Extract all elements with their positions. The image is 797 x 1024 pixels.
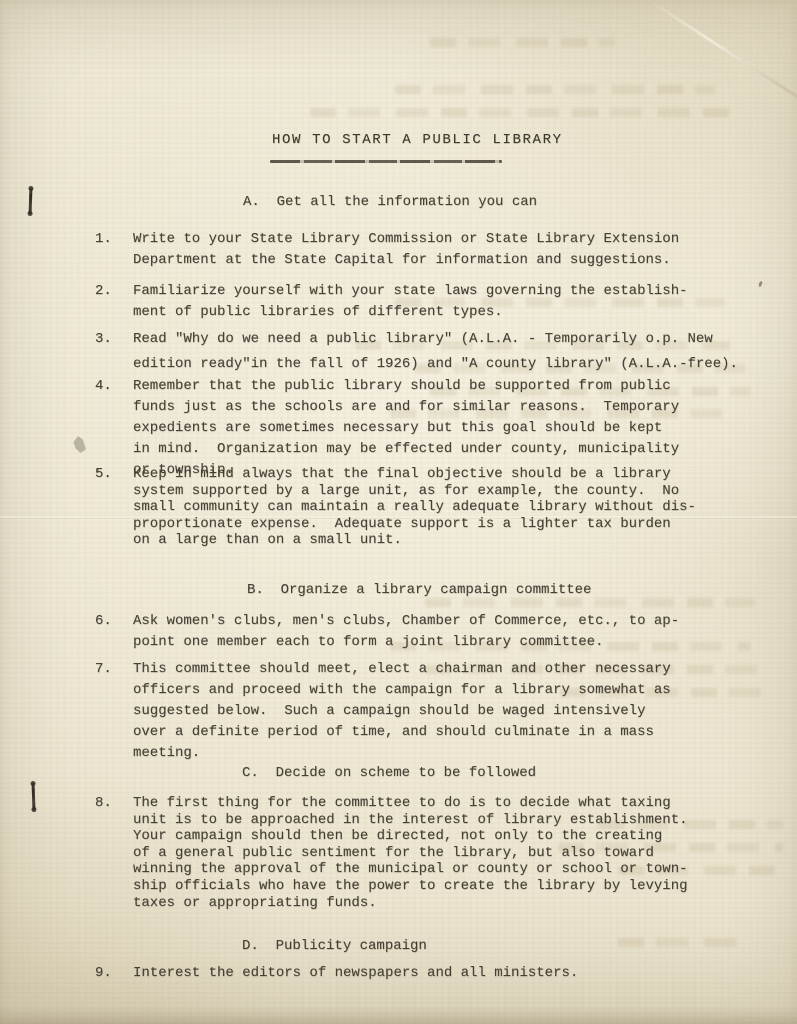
item-text: Read "Why do we need a public library" (…: [133, 327, 738, 377]
list-item: 1. Write to your State Library Commissio…: [95, 229, 679, 271]
bleed-through-mark: [618, 938, 748, 947]
corner-crease: [646, 0, 797, 137]
document-title: HOW TO START A PUBLIC LIBRARY: [272, 130, 563, 151]
section-heading-a: A. Get all the information you can: [243, 192, 537, 213]
page-edge-shadow: [0, 1006, 797, 1024]
bleed-through-mark: [310, 108, 740, 117]
smudge-mark: [72, 436, 86, 453]
list-item: 2. Familiarize yourself with your state …: [95, 281, 688, 323]
section-heading-d: D. Publicity campaign: [242, 936, 427, 957]
list-item: 9. Interest the editors of newspapers an…: [95, 963, 578, 984]
list-item: 3. Read "Why do we need a public library…: [95, 327, 738, 377]
section-heading-c: C. Decide on scheme to be followed: [242, 763, 536, 784]
item-text: Ask women's clubs, men's clubs, Chamber …: [133, 611, 679, 653]
item-text: Familiarize yourself with your state law…: [133, 281, 688, 323]
title-underline: [270, 160, 502, 163]
item-number: 2.: [95, 281, 133, 302]
item-number: 1.: [95, 229, 133, 250]
list-item: 5. Keep in mind always that the final ob…: [95, 466, 696, 549]
bleed-through-mark: [395, 85, 715, 94]
item-text: The first thing for the committee to do …: [133, 795, 688, 911]
section-heading-b: B. Organize a library campaign committee: [247, 580, 591, 601]
item-number: 3.: [95, 327, 133, 352]
item-number: 9.: [95, 963, 133, 984]
item-number: 4.: [95, 376, 133, 397]
item-text: Interest the editors of newspapers and a…: [133, 963, 578, 984]
ink-speck: [758, 281, 763, 288]
bleed-through-mark: [430, 38, 615, 47]
list-item: 6. Ask women's clubs, men's clubs, Chamb…: [95, 611, 679, 653]
item-text: Write to your State Library Commission o…: [133, 229, 679, 271]
item-number: 6.: [95, 611, 133, 632]
item-text: This committee should meet, elect a chai…: [133, 659, 671, 764]
item-text: Keep in mind always that the final objec…: [133, 466, 696, 549]
document-page: HOW TO START A PUBLIC LIBRARY A. Get all…: [0, 0, 797, 1024]
list-item: 8. The first thing for the committee to …: [95, 795, 688, 911]
ink-mark: [29, 188, 33, 214]
item-number: 8.: [95, 795, 133, 812]
list-item: 7. This committee should meet, elect a c…: [95, 659, 671, 764]
ink-mark: [32, 783, 36, 810]
item-number: 7.: [95, 659, 133, 680]
item-number: 5.: [95, 466, 133, 483]
